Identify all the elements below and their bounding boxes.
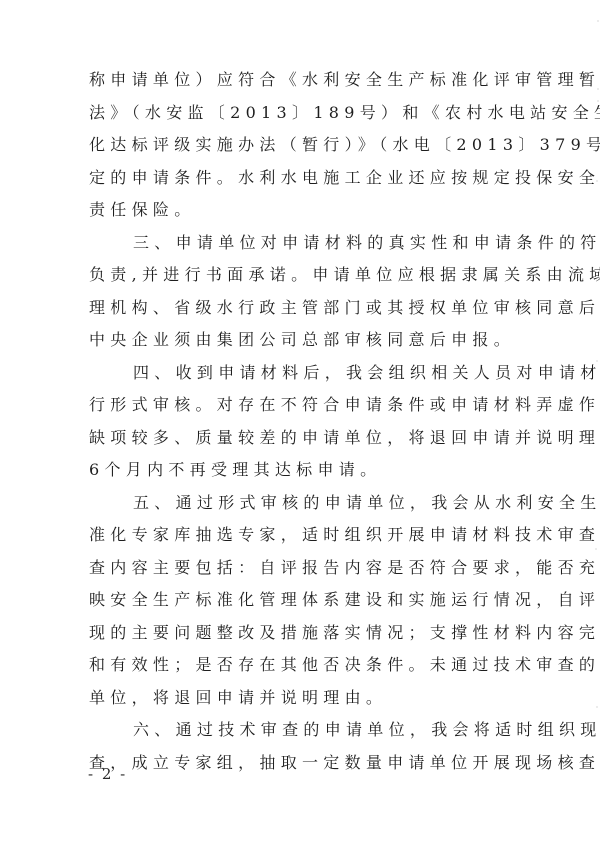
scan-speck [596, 180, 598, 182]
text-line: 五、通过形式审核的申请单位，我会从水利安全生产标 [89, 487, 509, 520]
text-line: 行形式审核。对存在不符合申请条件或申请材料弄虚作假、 [89, 389, 509, 422]
text-line: 三、申请单位对申请材料的真实性和申请条件的符合性 [89, 227, 509, 260]
text-line: 责任保险。 [89, 194, 509, 227]
paragraph-section-3: 三、申请单位对申请材料的真实性和申请条件的符合性 负责,并进行书面承诺。申请单位… [89, 227, 509, 357]
text-line: 理机构、省级水行政主管部门或其授权单位审核同意后申报， [89, 292, 509, 325]
scan-speck [597, 20, 599, 22]
text-line: 负责,并进行书面承诺。申请单位应根据隶属关系由流域管 [89, 259, 509, 292]
text-line: 法》（水安监〔2013〕189号）和《农村水电站安全生产标准 [89, 97, 509, 130]
document-page: 称申请单位）应符合《水利安全生产标准化评审管理暂行办 法》（水安监〔2013〕1… [0, 0, 600, 848]
scan-speck [597, 100, 599, 102]
text-line: 查，成立专家组，抽取一定数量申请单位开展现场核查。现 [89, 747, 509, 780]
paragraph-section-4: 四、收到申请材料后，我会组织相关人员对申请材料进 行形式审核。对存在不符合申请条… [89, 357, 509, 487]
text-line: 现的主要问题整改及措施落实情况；支撑性材料内容完整性 [89, 617, 509, 650]
text-line: 和有效性；是否存在其他否决条件。未通过技术审查的申请 [89, 649, 509, 682]
text-line: 定的申请条件。水利水电施工企业还应按规定投保安全生产 [89, 162, 509, 195]
text-line: 六、通过技术审查的申请单位，我会将适时组织现场抽 [89, 714, 509, 747]
scan-speck [595, 548, 597, 550]
paragraph-section-6: 六、通过技术审查的申请单位，我会将适时组织现场抽 查，成立专家组，抽取一定数量申… [89, 714, 509, 779]
text-line: 中央企业须由集团公司总部审核同意后申报。 [89, 324, 509, 357]
paragraph-section-5: 五、通过形式审核的申请单位，我会从水利安全生产标 准化专家库抽选专家，适时组织开… [89, 487, 509, 715]
document-body: 称申请单位）应符合《水利安全生产标准化评审管理暂行办 法》（水安监〔2013〕1… [89, 64, 509, 779]
scan-speck [596, 360, 598, 362]
paragraph-continued: 称申请单位）应符合《水利安全生产标准化评审管理暂行办 法》（水安监〔2013〕1… [89, 64, 509, 227]
text-line: 6个月内不再受理其达标申请。 [89, 454, 509, 487]
text-line: 四、收到申请材料后，我会组织相关人员对申请材料进 [89, 357, 509, 390]
text-line: 化达标评级实施办法（暂行）》（水电〔2013〕379号）等规 [89, 129, 509, 162]
page-number: - 2 - [88, 765, 127, 783]
text-line: 称申请单位）应符合《水利安全生产标准化评审管理暂行办 [89, 64, 509, 97]
scan-speck [597, 88, 599, 90]
text-line: 单位，将退回申请并说明理由。 [89, 682, 509, 715]
text-line: 查内容主要包括：自评报告内容是否符合要求，能否充分反 [89, 552, 509, 585]
text-line: 准化专家库抽选专家，适时组织开展申请材料技术审查。审 [89, 519, 509, 552]
text-line: 缺项较多、质量较差的申请单位，将退回申请并说明理由， [89, 422, 509, 455]
scan-speck [596, 706, 598, 708]
text-line: 映安全生产标准化管理体系建设和实施运行情况，自评中发 [89, 584, 509, 617]
